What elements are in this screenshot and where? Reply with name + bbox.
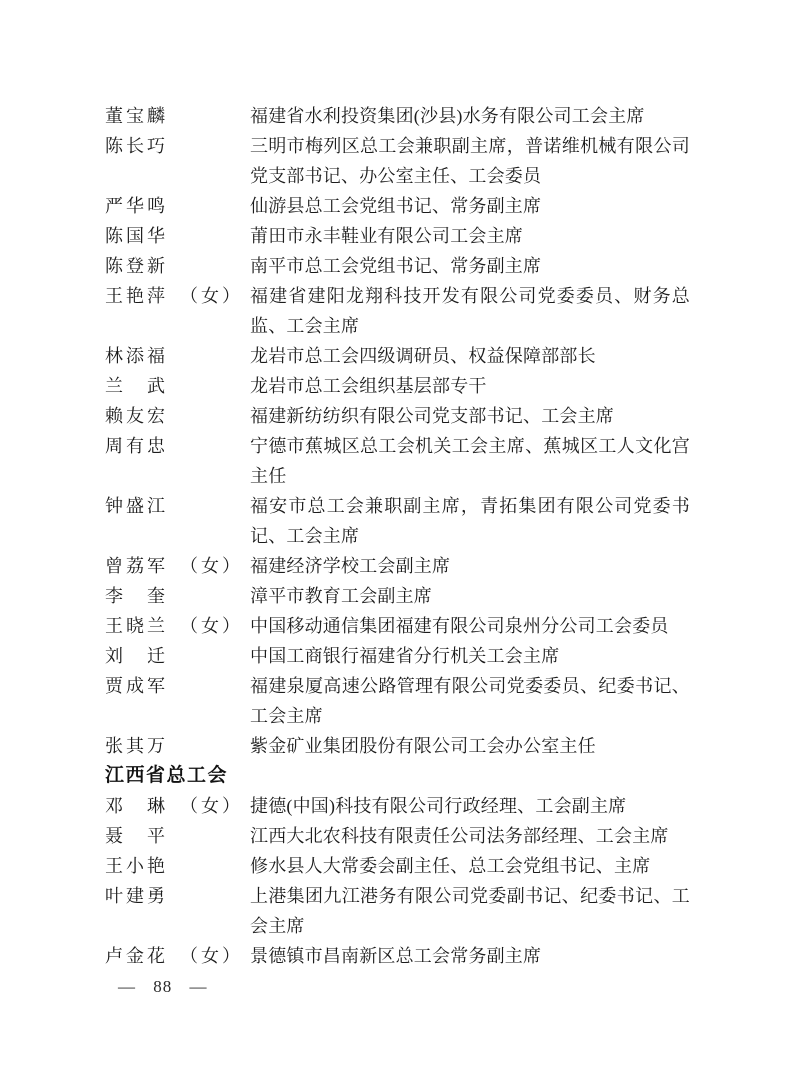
person-name: 兰 武 <box>105 371 250 401</box>
person-title: 龙岩市总工会组织基层部专干 <box>250 371 690 401</box>
person-title: 江西大北农科技有限责任公司法务部经理、工会主席 <box>250 821 690 851</box>
person-title: 福建新纺纺织有限公司党支部书记、工会主席 <box>250 401 690 431</box>
person-name: 曾荔军 （女） <box>105 551 250 581</box>
person-name: 陈国华 <box>105 221 250 251</box>
person-title: 福建泉厦高速公路管理有限公司党委委员、纪委书记、工会主席 <box>250 671 690 731</box>
person-name: 张其万 <box>105 731 250 761</box>
page-number: — 88 — <box>118 974 208 1000</box>
person-name: 陈登新 <box>105 251 250 281</box>
roster-row: 钟盛江 福安市总工会兼职副主席，青拓集团有限公司党委书记、工会主席 <box>105 491 690 551</box>
person-title: 紫金矿业集团股份有限公司工会办公室主任 <box>250 731 690 761</box>
person-name: 王艳萍 （女） <box>105 281 250 311</box>
roster-row: 周有忠 宁德市蕉城区总工会机关工会主席、蕉城区工人文化宫主任 <box>105 431 690 491</box>
person-name: 邓 琳 （女） <box>105 791 250 821</box>
roster-row: 曾荔军 （女） 福建经济学校工会副主席 <box>105 551 690 581</box>
roster-row: 兰 武 龙岩市总工会组织基层部专干 <box>105 371 690 401</box>
roster-row: 董宝麟 福建省水利投资集团(沙县)水务有限公司工会主席 <box>105 101 690 131</box>
person-name: 李 奎 <box>105 581 250 611</box>
person-name: 严华鸣 <box>105 191 250 221</box>
person-title: 福建省水利投资集团(沙县)水务有限公司工会主席 <box>250 101 690 131</box>
roster-row: 王晓兰 （女） 中国移动通信集团福建有限公司泉州分公司工会委员 <box>105 611 690 641</box>
person-title: 捷德(中国)科技有限公司行政经理、工会副主席 <box>250 791 690 821</box>
person-title: 上港集团九江港务有限公司党委副书记、纪委书记、工会主席 <box>250 881 690 941</box>
roster-row: 李 奎 漳平市教育工会副主席 <box>105 581 690 611</box>
roster-row: 严华鸣 仙游县总工会党组书记、常务副主席 <box>105 191 690 221</box>
roster-row: 赖友宏 福建新纺纺织有限公司党支部书记、工会主席 <box>105 401 690 431</box>
person-name: 叶建勇 <box>105 881 250 911</box>
person-title: 中国移动通信集团福建有限公司泉州分公司工会委员 <box>250 611 690 641</box>
roster-row: 卢金花 （女） 景德镇市昌南新区总工会常务副主席 <box>105 941 690 971</box>
person-name: 林添福 <box>105 341 250 371</box>
roster-row: 王小艳 修水县人大常委会副主任、总工会党组书记、主席 <box>105 851 690 881</box>
roster-row: 陈登新 南平市总工会党组书记、常务副主席 <box>105 251 690 281</box>
document-page: 董宝麟 福建省水利投资集团(沙县)水务有限公司工会主席 陈长巧 三明市梅列区总工… <box>0 0 798 1090</box>
roster-row: 叶建勇 上港集团九江港务有限公司党委副书记、纪委书记、工会主席 <box>105 881 690 941</box>
roster-row: 王艳萍 （女） 福建省建阳龙翔科技开发有限公司党委委员、财务总监、工会主席 <box>105 281 690 341</box>
roster-row: 林添福 龙岩市总工会四级调研员、权益保障部部长 <box>105 341 690 371</box>
roster-row: 陈国华 莆田市永丰鞋业有限公司工会主席 <box>105 221 690 251</box>
person-title: 福建经济学校工会副主席 <box>250 551 690 581</box>
person-title: 福安市总工会兼职副主席，青拓集团有限公司党委书记、工会主席 <box>250 491 690 551</box>
person-name: 卢金花 （女） <box>105 941 250 971</box>
person-title: 中国工商银行福建省分行机关工会主席 <box>250 641 690 671</box>
person-title: 三明市梅列区总工会兼职副主席，普诺维机械有限公司党支部书记、办公室主任、工会委员 <box>250 131 690 191</box>
person-name: 贾成军 <box>105 671 250 701</box>
section-header: 江西省总工会 <box>105 761 690 791</box>
person-title: 福建省建阳龙翔科技开发有限公司党委委员、财务总监、工会主席 <box>250 281 690 341</box>
person-name: 王晓兰 （女） <box>105 611 250 641</box>
person-name: 刘 迁 <box>105 641 250 671</box>
person-name: 董宝麟 <box>105 101 250 131</box>
person-name: 陈长巧 <box>105 131 250 161</box>
person-title: 南平市总工会党组书记、常务副主席 <box>250 251 690 281</box>
person-name: 王小艳 <box>105 851 250 881</box>
roster-row: 刘 迁 中国工商银行福建省分行机关工会主席 <box>105 641 690 671</box>
roster-row: 邓 琳 （女） 捷德(中国)科技有限公司行政经理、工会副主席 <box>105 791 690 821</box>
person-name: 钟盛江 <box>105 491 250 521</box>
person-name: 赖友宏 <box>105 401 250 431</box>
person-title: 景德镇市昌南新区总工会常务副主席 <box>250 941 690 971</box>
person-name: 聂 平 <box>105 821 250 851</box>
person-title: 修水县人大常委会副主任、总工会党组书记、主席 <box>250 851 690 881</box>
person-title: 仙游县总工会党组书记、常务副主席 <box>250 191 690 221</box>
person-title: 龙岩市总工会四级调研员、权益保障部部长 <box>250 341 690 371</box>
roster-row: 陈长巧 三明市梅列区总工会兼职副主席，普诺维机械有限公司党支部书记、办公室主任、… <box>105 131 690 191</box>
roster-row: 张其万 紫金矿业集团股份有限公司工会办公室主任 <box>105 731 690 761</box>
person-name: 周有忠 <box>105 431 250 461</box>
roster-list: 董宝麟 福建省水利投资集团(沙县)水务有限公司工会主席 陈长巧 三明市梅列区总工… <box>105 101 690 971</box>
roster-row: 贾成军 福建泉厦高速公路管理有限公司党委委员、纪委书记、工会主席 <box>105 671 690 731</box>
person-title: 宁德市蕉城区总工会机关工会主席、蕉城区工人文化宫主任 <box>250 431 690 491</box>
person-title: 莆田市永丰鞋业有限公司工会主席 <box>250 221 690 251</box>
person-title: 漳平市教育工会副主席 <box>250 581 690 611</box>
roster-row: 聂 平 江西大北农科技有限责任公司法务部经理、工会主席 <box>105 821 690 851</box>
